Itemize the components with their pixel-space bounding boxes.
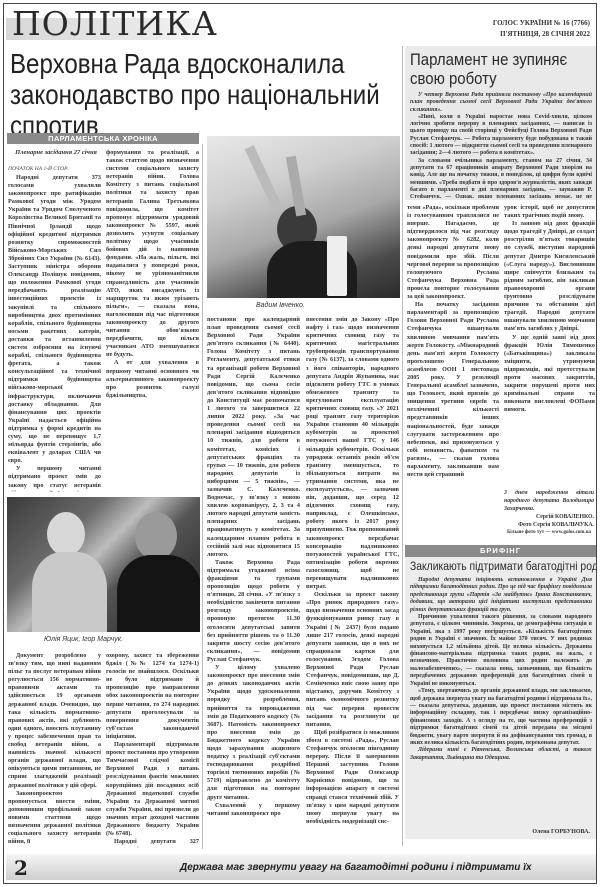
section-title: ПОЛІТИКА [12,6,218,42]
briefing-article: БРИФІНГ Закликають підтримати багатодітн… [405,545,596,839]
paragraph: Схвалений у першому читанні законопроект… [207,802,300,818]
photo-vadym-ivchenko [207,136,400,298]
continued-note: ПОЧАТОК НА 1-Й СТОР. [8,166,68,172]
newspaper-page: ПОЛІТИКА ГОЛОС УКРАЇНИ № 16 (7766) П'ЯТН… [3,3,597,884]
photo-yatsyk-marchuk [7,497,200,632]
paragraph: Народні депутати 327 голосами підтримали… [106,838,199,848]
sidebar-article: Парламент не зупиняє свою роботу У четве… [405,46,596,200]
paragraph: внесення змін до Закону «Про нафту і газ… [306,316,399,591]
photo-figure-body [117,555,200,632]
sidebar-title: Парламент не зупиняє свою роботу [410,50,595,88]
article-column-1: Народні депутати 373 голосами ухвалили з… [8,174,101,492]
article-column-6: урок історії, щоб не допустити таких тра… [504,204,595,487]
rubric-parliament-chronicle: ПАРЛАМЕНТСЬКА ХРОНІКА [7,133,199,144]
sidebar-paragraph: За словами очільника парламенту, станом … [410,158,592,198]
main-headline: Верховна Рада вдосконалила законодавство… [10,48,397,141]
paragraph: Також Верховна Рада підтримала угодженої… [207,559,300,664]
paragraph: Причиною ухвалення такого рішення, за сл… [410,614,592,688]
article-column-3: постанови про календарний план проведенн… [207,316,300,846]
article-credits: З днем народження вітали народного депут… [504,489,594,537]
paragraph: Парламентарії підтримали проект постанов… [106,741,199,838]
paragraph: формування та реалізації, а також статте… [106,149,199,359]
photo-figure-body [32,552,107,632]
paragraph: У першому читанні підтримано проект змін… [8,465,101,492]
paragraph: А от для ухвалення в першому читанні осн… [106,359,199,399]
more-photos-link[interactable]: Більше фото тут — www.golos.com.ua [504,529,594,537]
photo-credit: Фото Сергія КОВАЛЬЧУКА. [504,521,594,529]
paragraph: Оскільки за проект закону «Про ринок при… [306,591,399,729]
paragraph: Щоб розібратися із можливим збоєм в сист… [306,729,399,826]
paragraph: Народні депутати 373 голосами ухвалили з… [8,174,101,465]
plenary-session-label: Пленарне засідання 27 січня [14,149,98,157]
article-author: Сергій КОВАЛЕНКО. [504,513,594,521]
briefing-author: Олена ГОРБУНОВА. [532,829,590,835]
sidebar-body: У четвер Верховна Рада прийняла постанов… [410,92,592,198]
paragraph: охорону, захист та збереження бджіл (№№ … [106,652,199,741]
briefing-title: Закликають підтримати багатодітні родини [410,561,597,573]
paragraph: постанови про календарний план проведенн… [207,316,300,559]
photo-raised-arm [245,145,284,213]
photo-shirt [327,236,347,296]
article-column-5: теми «Рада», оскільки проблеми із голосу… [407,204,499,534]
masthead: ГОЛОС УКРАЇНИ № 16 (7766) П'ЯТНИЦЯ, 28 С… [493,18,590,40]
photo-figure-head [135,512,177,560]
column-divider [202,144,203,849]
issue-date: П'ЯТНИЦЯ, 28 СІЧНЯ 2022 [493,29,590,40]
footer-tagline: Держава має звернути увагу на багатодітн… [180,862,532,873]
paragraph: Із заявою від двох фракцій щодо трагедії… [504,220,595,333]
sidebar-lead: У четвер Верховна Рада прийняла постанов… [410,92,592,114]
rubric-briefing: БРИФІНГ [405,545,596,557]
paragraph: теми «Рада», оскільки проблеми із голосу… [407,204,499,301]
briefing-lead: Народні депутати ініціюють встановлення … [410,577,592,614]
paragraph: «Тому, звертаючись до органів державної … [410,688,592,747]
briefing-body: Народні депутати ініціюють встановлення … [410,577,592,829]
paragraph: Законопроектом пропонується внести зміни… [8,790,101,847]
birthday-note: З днем народження вітали народного депут… [504,489,594,513]
photo-figure-head [47,512,85,556]
article-column-2: формування та реалізації, а також статте… [106,149,199,492]
article-column-2-bottom: охорону, захист та збереження бджіл (№№ … [106,652,199,848]
paragraph: У цілому ухвалено законопроект про внесе… [207,664,300,802]
paragraph: урок історії, щоб не допустити таких тра… [504,204,595,220]
photo2-caption: Юлія Яцик, Ігор Марчук. [44,636,123,643]
article-column-4: внесення змін до Закону «Про нафту і газ… [306,316,399,846]
paragraph: Лідерами нині є Рівненська, Волинська об… [410,747,592,762]
column-divider [402,46,403,846]
article-column-1-bottom: Документ розроблено у зв'язку тим, що ни… [8,652,101,848]
paragraph: Документ розроблено у зв'язку тим, що ни… [8,652,101,790]
paragraph: У ще одній заяві від двох фракцій Юлія Т… [504,334,595,415]
paragraph: На початку засідання парламентарії за пр… [407,301,499,479]
sidebar-paragraph: «Нині, коли в Україні наростає нова Covi… [410,114,592,158]
page-number: 2 [14,856,28,880]
newspaper-issue: ГОЛОС УКРАЇНИ № 16 (7766) [493,18,590,29]
photo1-caption: Вадим Івченко. [256,302,305,309]
